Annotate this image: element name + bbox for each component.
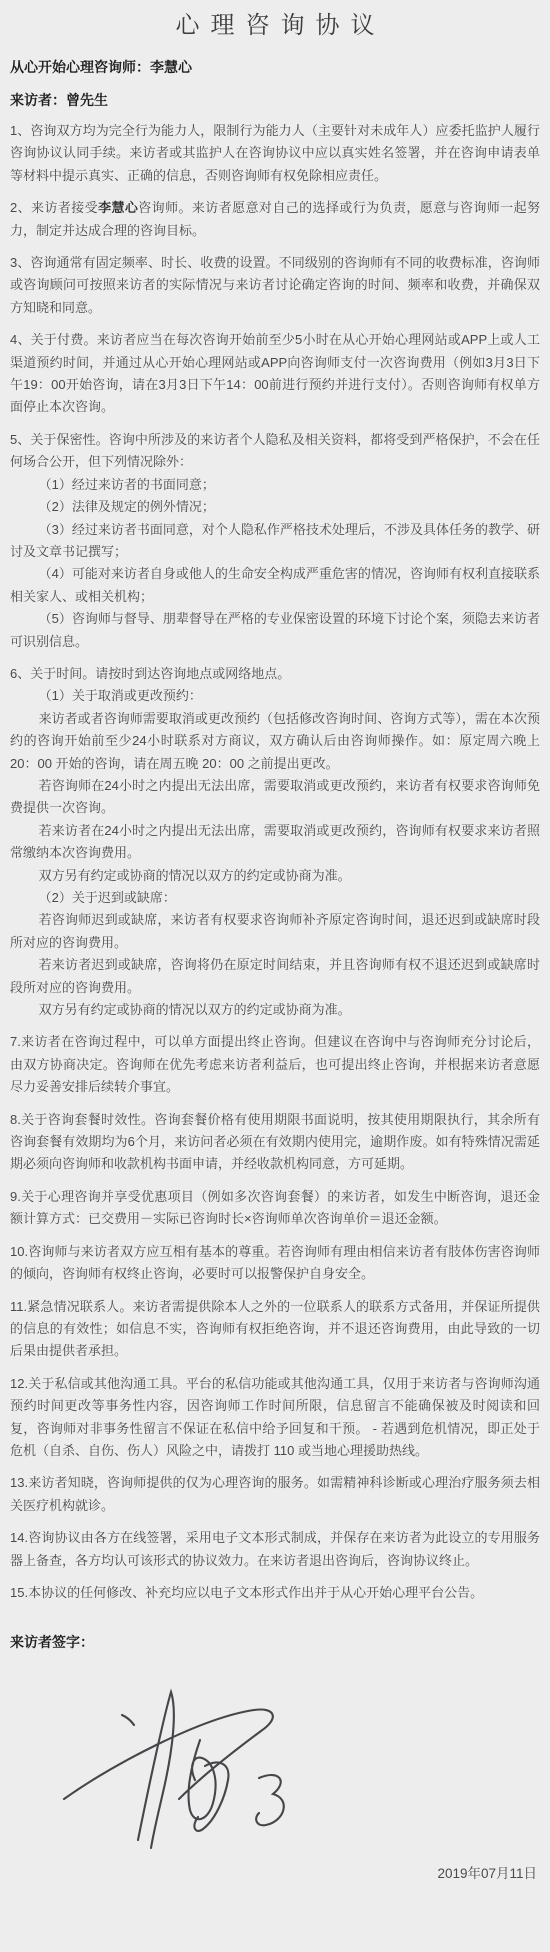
- page-title: 心理咨询协议: [10, 0, 540, 40]
- clause-text: 4、关于付费。来访者应当在每次咨询开始前至少5小时在从心开始心理网站或APP上或…: [10, 332, 540, 414]
- agreement-document: 心理咨询协议 从心开始心理咨询师：李慧心 来访者：曾先生 1、咨询双方均为完全行…: [0, 0, 550, 1952]
- clause-text: 若咨询师在24小时之内提出无法出席，需要取消或更改预约，来访者有权要求咨询师免费…: [10, 778, 540, 815]
- clause-text: 1、咨询双方均为完全行为能力人，限制行为能力人（主要针对未成年人）应委托监护人履…: [10, 123, 540, 183]
- clause-paragraph: 8.关于咨询套餐时效性。咨询套餐价格有使用期限书面说明，按其使用期限执行，其余所…: [10, 1109, 540, 1176]
- clause-paragraph: 5、关于保密性。咨询中所涉及的来访者个人隐私及相关资料，都将受到严格保护，不会在…: [10, 429, 540, 474]
- clause-text: 若咨询师迟到或缺席，来访者有权要求咨询师补齐原定咨询时间，退还迟到或缺席时段所对…: [10, 912, 540, 949]
- handwritten-signature-icon: [52, 1668, 302, 1858]
- clause-paragraph: （3）经过来访者书面同意，对个人隐私作严格技术处理后，不涉及具体任务的教学、研讨…: [10, 519, 540, 564]
- clause-paragraph: （2）关于迟到或缺席：: [10, 887, 540, 909]
- clause-text: 9.关于心理咨询并享受优惠项目（例如多次咨询套餐）的来访者，如发生中断咨询，退还…: [10, 1189, 540, 1226]
- clause-text: （2）关于迟到或缺席：: [39, 890, 176, 905]
- clause-text: 来访者或者咨询师需要取消或更改预约（包括修改咨询时间、咨询方式等），需在本次预约…: [10, 711, 540, 771]
- clause-paragraph: 13.来访者知晓，咨询师提供的仅为心理咨询的服务。如需精神科诊断或心理治疗服务须…: [10, 1472, 540, 1517]
- clause-text: （4）可能对来访者自身或他人的生命安全构成严重危害的情况，咨询师有权利直接联系相…: [10, 566, 540, 603]
- clause-text: （1）经过来访者的书面同意；: [39, 477, 215, 492]
- clause-bold-text: 李慧心: [98, 200, 138, 215]
- clause-text: 7.来访者在咨询过程中，可以单方面提出终止咨询。但建议在咨询中与咨询师充分讨论后…: [10, 1034, 540, 1094]
- clause-paragraph: 10.咨询师与来访者双方应互相有基本的尊重。若咨询师有理由相信来访者有肢体伤害咨…: [10, 1241, 540, 1286]
- clause-text: 若来访者迟到或缺席，咨询将仍在原定时间结束，并且咨询师有权不退还迟到或缺席时段所…: [10, 957, 540, 994]
- visitor-signature: [52, 1668, 302, 1858]
- clause-text: （2）法律及规定的例外情况；: [39, 499, 215, 514]
- clause-text: 3、咨询通常有固定频率、时长、收费的设置。不同级别的咨询师有不同的收费标准，咨询…: [10, 255, 540, 315]
- clause-paragraph: 4、关于付费。来访者应当在每次咨询开始前至少5小时在从心开始心理网站或APP上或…: [10, 329, 540, 419]
- clause-text: 若来访者在24小时之内提出无法出席，需要取消或更改预约，咨询师有权要求来访者照常…: [10, 823, 540, 860]
- clause-paragraph: 来访者或者咨询师需要取消或更改预约（包括修改咨询时间、咨询方式等），需在本次预约…: [10, 708, 540, 775]
- clause-paragraph: 6、关于时间。请按时到达咨询地点或网络地点。: [10, 663, 540, 685]
- clause-paragraph: （1）关于取消或更改预约：: [10, 685, 540, 707]
- clause-paragraph: （2）法律及规定的例外情况；: [10, 496, 540, 518]
- clause-text: 12.关于私信或其他沟通工具。平台的私信功能或其他沟通工具，仅用于来访者与咨询师…: [10, 1376, 540, 1458]
- visitor-line: 来访者：曾先生: [10, 90, 540, 110]
- clause-paragraph: 若来访者在24小时之内提出无法出席，需要取消或更改预约，咨询师有权要求来访者照常…: [10, 820, 540, 865]
- clause-text: （5）咨询师与督导、朋辈督导在严格的专业保密设置的环境下讨论个案，须隐去来访者可…: [10, 611, 540, 648]
- signature-date: 2019年07月11日: [10, 1862, 540, 1882]
- clause-paragraph: 若来访者迟到或缺席，咨询将仍在原定时间结束，并且咨询师有权不退还迟到或缺席时段所…: [10, 954, 540, 999]
- clause-text: （1）关于取消或更改预约：: [39, 688, 202, 703]
- clause-text: 15.本协议的任何修改、补充均应以电子文本形式作出并于从心开始心理平台公告。: [10, 1585, 483, 1600]
- clause-paragraph: 2、来访者接受李慧心咨询师。来访者愿意对自己的选择或行为负责，愿意与咨询师一起努…: [10, 197, 540, 242]
- clause-text: 2、来访者接受: [10, 200, 98, 215]
- clause-text: 10.咨询师与来访者双方应互相有基本的尊重。若咨询师有理由相信来访者有肢体伤害咨…: [10, 1244, 540, 1281]
- clause-text: 双方另有约定或协商的情况以双方的约定或协商为准。: [39, 1002, 351, 1017]
- clause-text: 14.咨询协议由各方在线签署，采用电子文本形式制成，并保存在来访者为此设立的专用…: [10, 1530, 540, 1567]
- clause-text: 8.关于咨询套餐时效性。咨询套餐价格有使用期限书面说明，按其使用期限执行，其余所…: [10, 1112, 540, 1172]
- clause-paragraph: 1、咨询双方均为完全行为能力人，限制行为能力人（主要针对未成年人）应委托监护人履…: [10, 120, 540, 187]
- clause-text: 6、关于时间。请按时到达咨询地点或网络地点。: [10, 666, 290, 681]
- clause-paragraph: （1）经过来访者的书面同意；: [10, 474, 540, 496]
- clause-paragraph: 11.紧急情况联系人。来访者需提供除本人之外的一位联系人的联系方式备用，并保证所…: [10, 1296, 540, 1363]
- agreement-clauses: 1、咨询双方均为完全行为能力人，限制行为能力人（主要针对未成年人）应委托监护人履…: [10, 120, 540, 1604]
- clause-text: 5、关于保密性。咨询中所涉及的来访者个人隐私及相关资料，都将受到严格保护，不会在…: [10, 432, 540, 469]
- clause-paragraph: 双方另有约定或协商的情况以双方的约定或协商为准。: [10, 865, 540, 887]
- clause-text: （3）经过来访者书面同意，对个人隐私作严格技术处理后，不涉及具体任务的教学、研讨…: [10, 522, 540, 559]
- clause-paragraph: 12.关于私信或其他沟通工具。平台的私信功能或其他沟通工具，仅用于来访者与咨询师…: [10, 1373, 540, 1463]
- signature-label: 来访者签字：: [10, 1632, 540, 1652]
- clause-paragraph: （4）可能对来访者自身或他人的生命安全构成严重危害的情况，咨询师有权利直接联系相…: [10, 563, 540, 608]
- clause-paragraph: 7.来访者在咨询过程中，可以单方面提出终止咨询。但建议在咨询中与咨询师充分讨论后…: [10, 1031, 540, 1098]
- clause-text: 13.来访者知晓，咨询师提供的仅为心理咨询的服务。如需精神科诊断或心理治疗服务须…: [10, 1475, 540, 1512]
- counselor-line: 从心开始心理咨询师：李慧心: [10, 57, 540, 77]
- clause-paragraph: 3、咨询通常有固定频率、时长、收费的设置。不同级别的咨询师有不同的收费标准，咨询…: [10, 252, 540, 319]
- clause-paragraph: 若咨询师在24小时之内提出无法出席，需要取消或更改预约，来访者有权要求咨询师免费…: [10, 775, 540, 820]
- clause-paragraph: （5）咨询师与督导、朋辈督导在严格的专业保密设置的环境下讨论个案，须隐去来访者可…: [10, 608, 540, 653]
- clause-text: 11.紧急情况联系人。来访者需提供除本人之外的一位联系人的联系方式备用，并保证所…: [10, 1299, 540, 1359]
- clause-paragraph: 9.关于心理咨询并享受优惠项目（例如多次咨询套餐）的来访者，如发生中断咨询，退还…: [10, 1186, 540, 1231]
- clause-paragraph: 若咨询师迟到或缺席，来访者有权要求咨询师补齐原定咨询时间，退还迟到或缺席时段所对…: [10, 909, 540, 954]
- clause-paragraph: 15.本协议的任何修改、补充均应以电子文本形式作出并于从心开始心理平台公告。: [10, 1582, 540, 1604]
- clause-paragraph: 14.咨询协议由各方在线签署，采用电子文本形式制成，并保存在来访者为此设立的专用…: [10, 1527, 540, 1572]
- clause-paragraph: 双方另有约定或协商的情况以双方的约定或协商为准。: [10, 999, 540, 1021]
- clause-text: 双方另有约定或协商的情况以双方的约定或协商为准。: [39, 868, 351, 883]
